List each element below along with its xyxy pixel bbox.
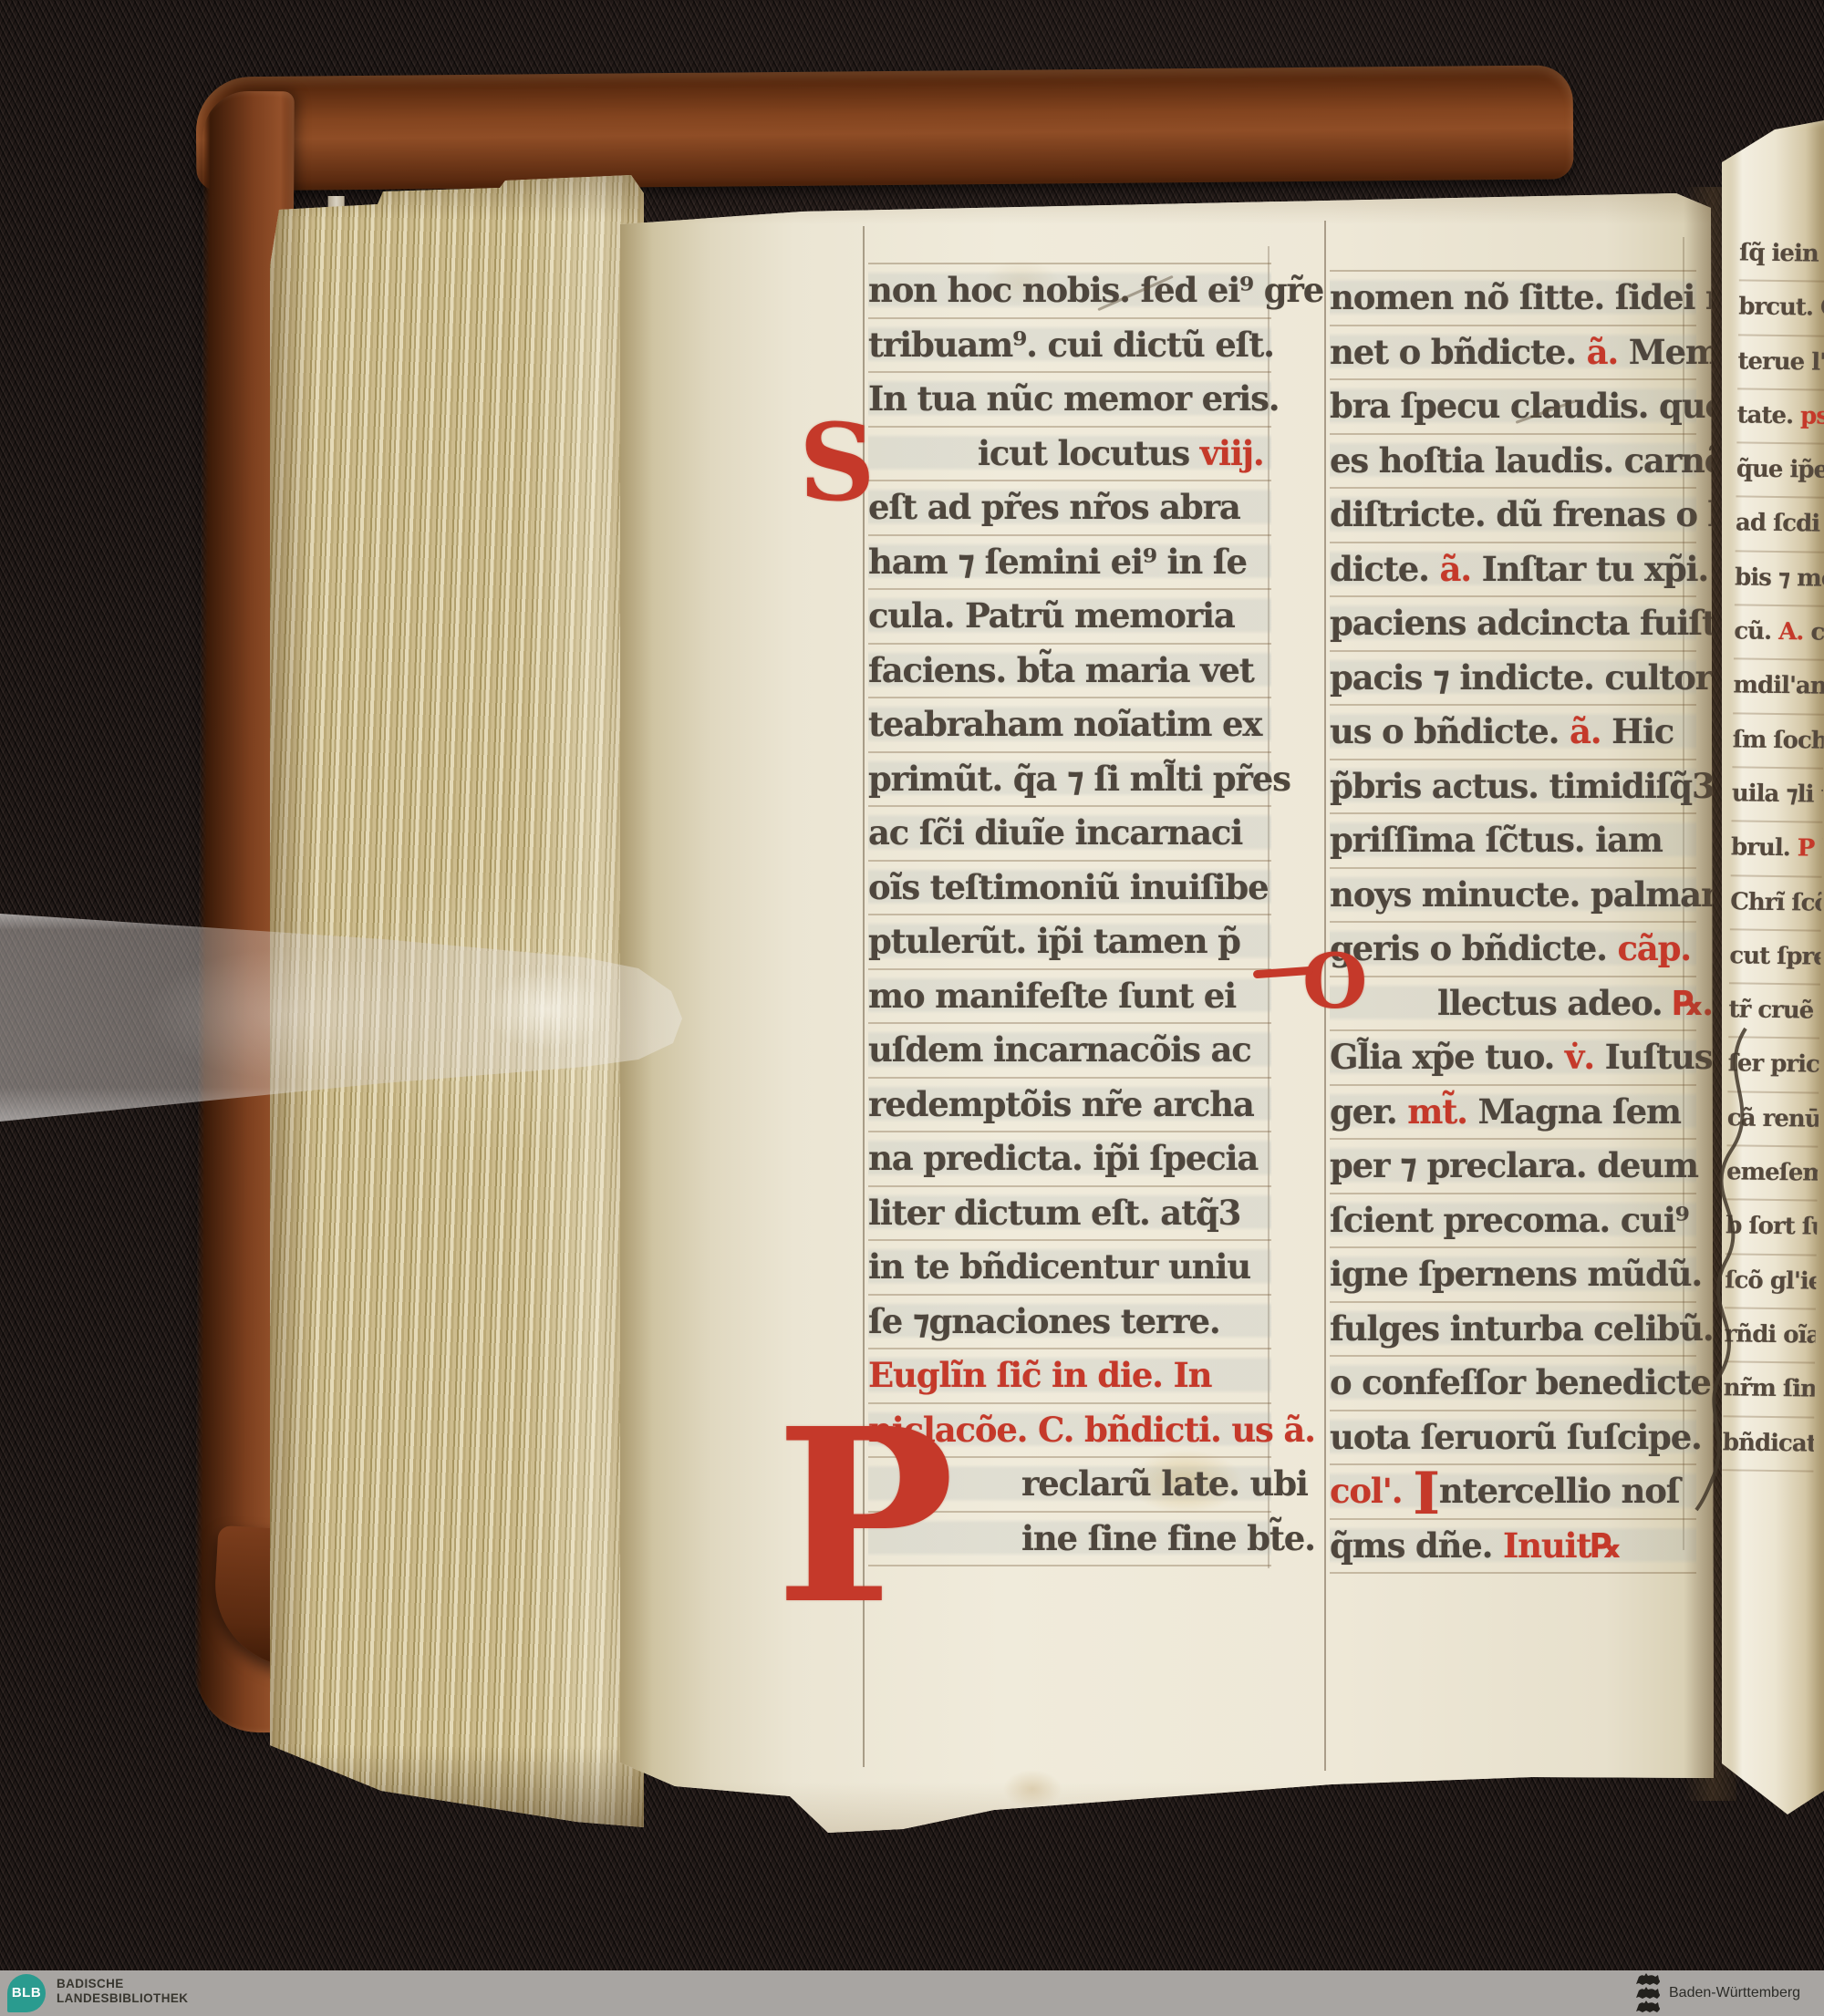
manuscript-text-line: geris o bñdicte. cãp. bbox=[1330, 923, 1696, 977]
ink-text: cut ſpreui oſouis. bbox=[1729, 942, 1824, 972]
ink-text: ntercellio noſ bbox=[1439, 1471, 1680, 1511]
rubric-text: mt̃. bbox=[1407, 1091, 1477, 1132]
manuscript-text-line: q̃ms dñe. Inuit℞ bbox=[1330, 1520, 1696, 1575]
manuscript-text-line: brcut. Cui dedit bbox=[1738, 282, 1824, 337]
manuscript-text-line: bra ſpecu claudis. quo ſitis bbox=[1330, 380, 1696, 435]
manuscript-text-line: o confeſſor benedicte. bbox=[1330, 1357, 1696, 1411]
ink-text: tribuam⁹. cui dictũ eſt. bbox=[868, 325, 1274, 365]
ink-text: priſſima ſc̃tus. iam bbox=[1330, 820, 1663, 860]
ink-text: Magna ſem bbox=[1478, 1091, 1681, 1132]
ink-text: us o bñdicte. bbox=[1330, 711, 1570, 751]
manuscript-text-line: uota ſeruorũ ſuſcipe. bbox=[1330, 1411, 1696, 1466]
rubric-text: ã. bbox=[1570, 711, 1612, 751]
ink-text: mo manifeſte ſunt ei bbox=[868, 976, 1236, 1016]
rubric-initial-s: S bbox=[799, 410, 876, 516]
ink-text: faciens. bt̃a maria vet bbox=[868, 650, 1254, 690]
manuscript-text-line: cũ. A. cõi romt bbox=[1734, 605, 1824, 661]
ink-text: brcut. Cui dedit bbox=[1738, 294, 1824, 324]
manuscript-text-line: diſtricte. dũ frenas o bñ bbox=[1330, 489, 1696, 543]
state-label: Baden-Württemberg bbox=[1669, 1985, 1800, 2001]
ink-text: reclarũ late. ubi bbox=[1021, 1463, 1308, 1504]
manuscript-text-line: llectus adeo. ℞. bbox=[1330, 977, 1696, 1032]
ink-text: ham ⁊ ſemini ei⁹ in ſe bbox=[868, 542, 1247, 582]
ink-text: cula. Patrũ memoria bbox=[868, 595, 1235, 636]
ink-text: ſe ⁊gnaciones terre. bbox=[868, 1301, 1220, 1341]
ink-text: terue l'bo gaudia bbox=[1737, 347, 1824, 377]
ink-text: ſq̃ iein iubilenſ bbox=[1739, 239, 1824, 269]
manuscript-text-line: uſdem incarnacõis ac bbox=[868, 1024, 1271, 1079]
manuscript-text-line: teabraham noĩatim ex bbox=[868, 698, 1271, 753]
rubric-text: Inuit℞ bbox=[1503, 1525, 1620, 1566]
ink-text: In tua nũc memor eris. bbox=[868, 378, 1279, 419]
manuscript-text-line: uila ⁊li tõis teri bbox=[1731, 768, 1823, 823]
next-page-curled-edge: ſq̃ iein iubilenſbrcut. Cui deditterue l… bbox=[1722, 120, 1824, 1818]
ink-text: icut locutus bbox=[978, 433, 1200, 473]
ink-text: noys minucte. palmam bbox=[1330, 874, 1736, 915]
manuscript-text-line: ſm ſoch'mi bbox=[1732, 714, 1824, 770]
manuscript-text-line: ger. mt̃. Magna ſem bbox=[1330, 1086, 1696, 1141]
ink-text: tate. bbox=[1736, 401, 1800, 429]
rubric-text: A. bbox=[1778, 618, 1811, 646]
manuscript-text-line: oĩs teſtimoniũ inuiſibe bbox=[868, 862, 1271, 916]
ink-text: bis ⁊ mõle. bbox=[1735, 563, 1824, 593]
manuscript-text-line: ſcient precoma. cui⁹ bbox=[1330, 1194, 1696, 1249]
rubric-text: cãp. bbox=[1617, 928, 1690, 968]
manuscript-text-line: noys minucte. palmam bbox=[1330, 869, 1696, 924]
library-name: BADISCHE LANDESBIBLIOTHEK bbox=[57, 1977, 188, 2006]
ink-text: Gl̃ia xp̃e tuo. bbox=[1330, 1037, 1565, 1077]
manuscript-text-line: net o bñdicte. ã. Mem bbox=[1330, 326, 1696, 381]
credit-bar: BLB BADISCHE LANDESBIBLIOTHEK Baden-Würt… bbox=[0, 1970, 1824, 2016]
ink-text: Inſtar tu xp̃i. bbox=[1482, 549, 1709, 589]
ink-text: p̃bris actus. timidiſq̃3 bbox=[1330, 766, 1715, 806]
ink-text: net o bñdicte. bbox=[1330, 332, 1587, 372]
ink-text: brul. bbox=[1731, 834, 1798, 863]
manuscript-text-line: ad ſcdi claris bbox=[1736, 498, 1824, 553]
ink-text: ac ſc̃i diuĩe incarnaci bbox=[868, 812, 1242, 853]
library-name-line1: BADISCHE bbox=[57, 1977, 188, 1991]
manuscript-text-line: na predicta. ip̃i ſpecia bbox=[868, 1132, 1271, 1187]
manuscript-text-line: ac ſc̃i diuĩe incarnaci bbox=[868, 807, 1271, 862]
manuscript-text-line: liter dictum eſt. atq̃3 bbox=[868, 1187, 1271, 1242]
ink-text: Hic bbox=[1612, 711, 1674, 751]
ink-squiggle-mark bbox=[1674, 1021, 1793, 1514]
manuscript-text-line: es hoſtia laudis. carnẽ bbox=[1330, 435, 1696, 490]
ink-text: ſcient precoma. cui⁹ bbox=[1330, 1200, 1689, 1240]
ink-text: uila ⁊li tõis teri bbox=[1732, 780, 1824, 810]
ink-text: q̃ms dñe. bbox=[1330, 1525, 1503, 1566]
open-manuscript-page: non hoc nobis. ſed ei⁹ gr̃etribuam⁹. cui… bbox=[620, 182, 1715, 1837]
library-name-line2: LANDESBIBLIOTHEK bbox=[57, 1991, 188, 2006]
manuscript-text-line: non hoc nobis. ſed ei⁹ gr̃e bbox=[868, 264, 1271, 319]
manuscript-text-line: tate. ps Bñdictu bbox=[1736, 389, 1824, 445]
ink-text: oĩs teſtimoniũ inuiſibe bbox=[868, 867, 1268, 907]
manuscript-text-line: nomen nõ ſitte. ſidei ma bbox=[1330, 272, 1696, 326]
ink-text: na predicta. ip̃i ſpecia bbox=[868, 1138, 1258, 1178]
ink-text: uſdem incarnacõis ac bbox=[868, 1029, 1251, 1070]
manuscript-text-line: dicte. ã. Inſtar tu xp̃i. bbox=[1330, 543, 1696, 598]
manuscript-text-line: p̃bris actus. timidiſq̃3 bbox=[1330, 760, 1696, 815]
manuscript-text-line: eſt ad pr̃es nr̃os abra bbox=[868, 481, 1271, 536]
manuscript-text-line: icut locutus viij. bbox=[868, 428, 1271, 482]
manuscript-text-line: brul. P luc. ã. bbox=[1731, 822, 1823, 878]
manuscript-text-line: us o bñdicte. ã. Hic bbox=[1330, 706, 1696, 760]
ink-text: paciens adcincta fuiſti. bbox=[1330, 603, 1738, 643]
ink-text: primũt. q̃a ⁊ ſi ml̃ti pr̃es bbox=[868, 759, 1290, 799]
rubric-text: I bbox=[1413, 1460, 1439, 1528]
manuscript-text-line: igne ſpernens mũdũ. bbox=[1330, 1248, 1696, 1303]
manuscript-text-line: bis ⁊ mõle. Sb̃is bbox=[1735, 552, 1824, 607]
ink-text: liter dictum eſt. atq̃3 bbox=[868, 1193, 1240, 1233]
rubric-text: ã. bbox=[1439, 549, 1481, 589]
manuscript-text-line: per ⁊ preclara. deum bbox=[1330, 1140, 1696, 1194]
ink-text: teabraham noĩatim ex bbox=[868, 704, 1261, 744]
rubric-initial-p: P bbox=[775, 1415, 955, 1618]
manuscript-text-line: col'. Intercellio noſ bbox=[1330, 1465, 1696, 1520]
ink-text: llectus adeo. bbox=[1437, 983, 1673, 1023]
leather-cover-top-edge bbox=[195, 65, 1573, 191]
ink-text: ine ſine fine bt̃e. bbox=[1021, 1518, 1315, 1558]
manuscript-text-line: Chrĩ ſcõ floril3 bbox=[1730, 876, 1822, 932]
manuscript-text-line: terue l'bo gaudia bbox=[1737, 336, 1824, 391]
manuscript-text-line: mdil'anms ſco bbox=[1733, 660, 1824, 716]
manuscript-text-line: cut ſpreui oſouis. bbox=[1729, 930, 1821, 986]
ink-text: ptulerũt. ip̃i tamen p̃ bbox=[868, 921, 1240, 961]
manuscript-text-line: ſe ⁊gnaciones terre. bbox=[868, 1296, 1271, 1350]
ink-text: in te bñdicentur uniu bbox=[868, 1246, 1250, 1287]
manuscript-text-line: fulges inturba celibũ. bbox=[1330, 1303, 1696, 1358]
ink-text: geris o bñdicte. bbox=[1330, 928, 1617, 968]
manuscript-text-line: cula. Patrũ memoria bbox=[868, 590, 1271, 645]
manuscript-text-line: q̃ue ip̃e mine. bbox=[1736, 444, 1824, 500]
ink-text: uota ſeruorũ ſuſcipe. bbox=[1330, 1417, 1702, 1457]
ink-text: ad ſcdi claris bbox=[1736, 510, 1824, 539]
manuscript-text-line: faciens. bt̃a maria vet bbox=[868, 645, 1271, 699]
ink-text: dicte. bbox=[1330, 549, 1439, 589]
ink-text: ſm ſoch'mi bbox=[1732, 726, 1824, 755]
rubric-text: ã. bbox=[1587, 332, 1629, 372]
ink-text: redemptõis nr̃e archa bbox=[868, 1084, 1254, 1124]
ink-text: o confeſſor benedicte. bbox=[1330, 1362, 1721, 1402]
manuscript-text-line: ſq̃ iein iubilenſ bbox=[1739, 227, 1824, 283]
ink-text: mdil'anms ſco bbox=[1733, 672, 1824, 702]
ink-text: non hoc nobis. ſed ei⁹ gr̃e bbox=[868, 270, 1323, 310]
rubric-initial-o: O bbox=[1302, 945, 1367, 1019]
manuscript-photo: non hoc nobis. ſed ei⁹ gr̃etribuam⁹. cui… bbox=[0, 0, 1824, 2016]
ink-text: cũ. bbox=[1734, 617, 1778, 646]
ink-text: es hoſtia laudis. carnẽ bbox=[1330, 440, 1725, 481]
ink-text: Chrĩ ſcõ floril3 bbox=[1730, 888, 1824, 918]
text-column-left: non hoc nobis. ſed ei⁹ gr̃etribuam⁹. cui… bbox=[868, 263, 1271, 1566]
manuscript-text-line: priſſima ſc̃tus. iam bbox=[1330, 814, 1696, 869]
manuscript-text-line: In tua nũc memor eris. bbox=[868, 373, 1271, 428]
ink-text: q̃ue ip̃e mine. bbox=[1736, 456, 1824, 486]
manuscript-text-line: tribuam⁹. cui dictũ eſt. bbox=[868, 319, 1271, 374]
ink-text: eſt ad pr̃es nr̃os abra bbox=[868, 487, 1240, 527]
state-branding: Baden-Württemberg bbox=[1634, 1970, 1800, 2016]
coat-of-arms-icon bbox=[1634, 1973, 1662, 2013]
manuscript-text-line: ptulerũt. ip̃i tamen p̃ bbox=[868, 915, 1271, 970]
ink-text: per ⁊ preclara. deum bbox=[1330, 1145, 1698, 1185]
ink-text: cõi romt bbox=[1810, 619, 1824, 648]
rubric-text: viij. bbox=[1200, 433, 1264, 473]
rubric-text: P bbox=[1798, 835, 1822, 863]
manuscript-text-line: Gl̃ia xp̃e tuo. v̇. Iuſtus bbox=[1330, 1031, 1696, 1086]
rubric-text: ps bbox=[1800, 402, 1824, 430]
ink-text: fulges inturba celibũ. bbox=[1330, 1308, 1714, 1349]
rubric-text: v̇. bbox=[1565, 1037, 1605, 1077]
manuscript-text-line: redemptõis nr̃e archa bbox=[868, 1079, 1271, 1133]
blb-logo-icon: BLB bbox=[7, 1974, 46, 2012]
manuscript-text-line: ham ⁊ ſemini ei⁹ in ſe bbox=[868, 536, 1271, 591]
manuscript-text-line: mo manifeſte ſunt ei bbox=[868, 970, 1271, 1025]
manuscript-text-line: paciens adcincta fuiſti. bbox=[1330, 597, 1696, 652]
ink-text: igne ſpernens mũdũ. bbox=[1330, 1254, 1702, 1294]
rubric-text: col'. bbox=[1330, 1471, 1413, 1511]
manuscript-text-line: in te bñdicentur uniu bbox=[868, 1241, 1271, 1296]
ink-text: ger. bbox=[1330, 1091, 1407, 1132]
text-column-right: nomen nõ ſitte. ſidei manet o bñdicte. ã… bbox=[1330, 270, 1696, 1574]
manuscript-text-line: pacis ⁊ indicte. cultor pi bbox=[1330, 652, 1696, 707]
manuscript-text-line: primũt. q̃a ⁊ ſi ml̃ti pr̃es bbox=[868, 753, 1271, 808]
